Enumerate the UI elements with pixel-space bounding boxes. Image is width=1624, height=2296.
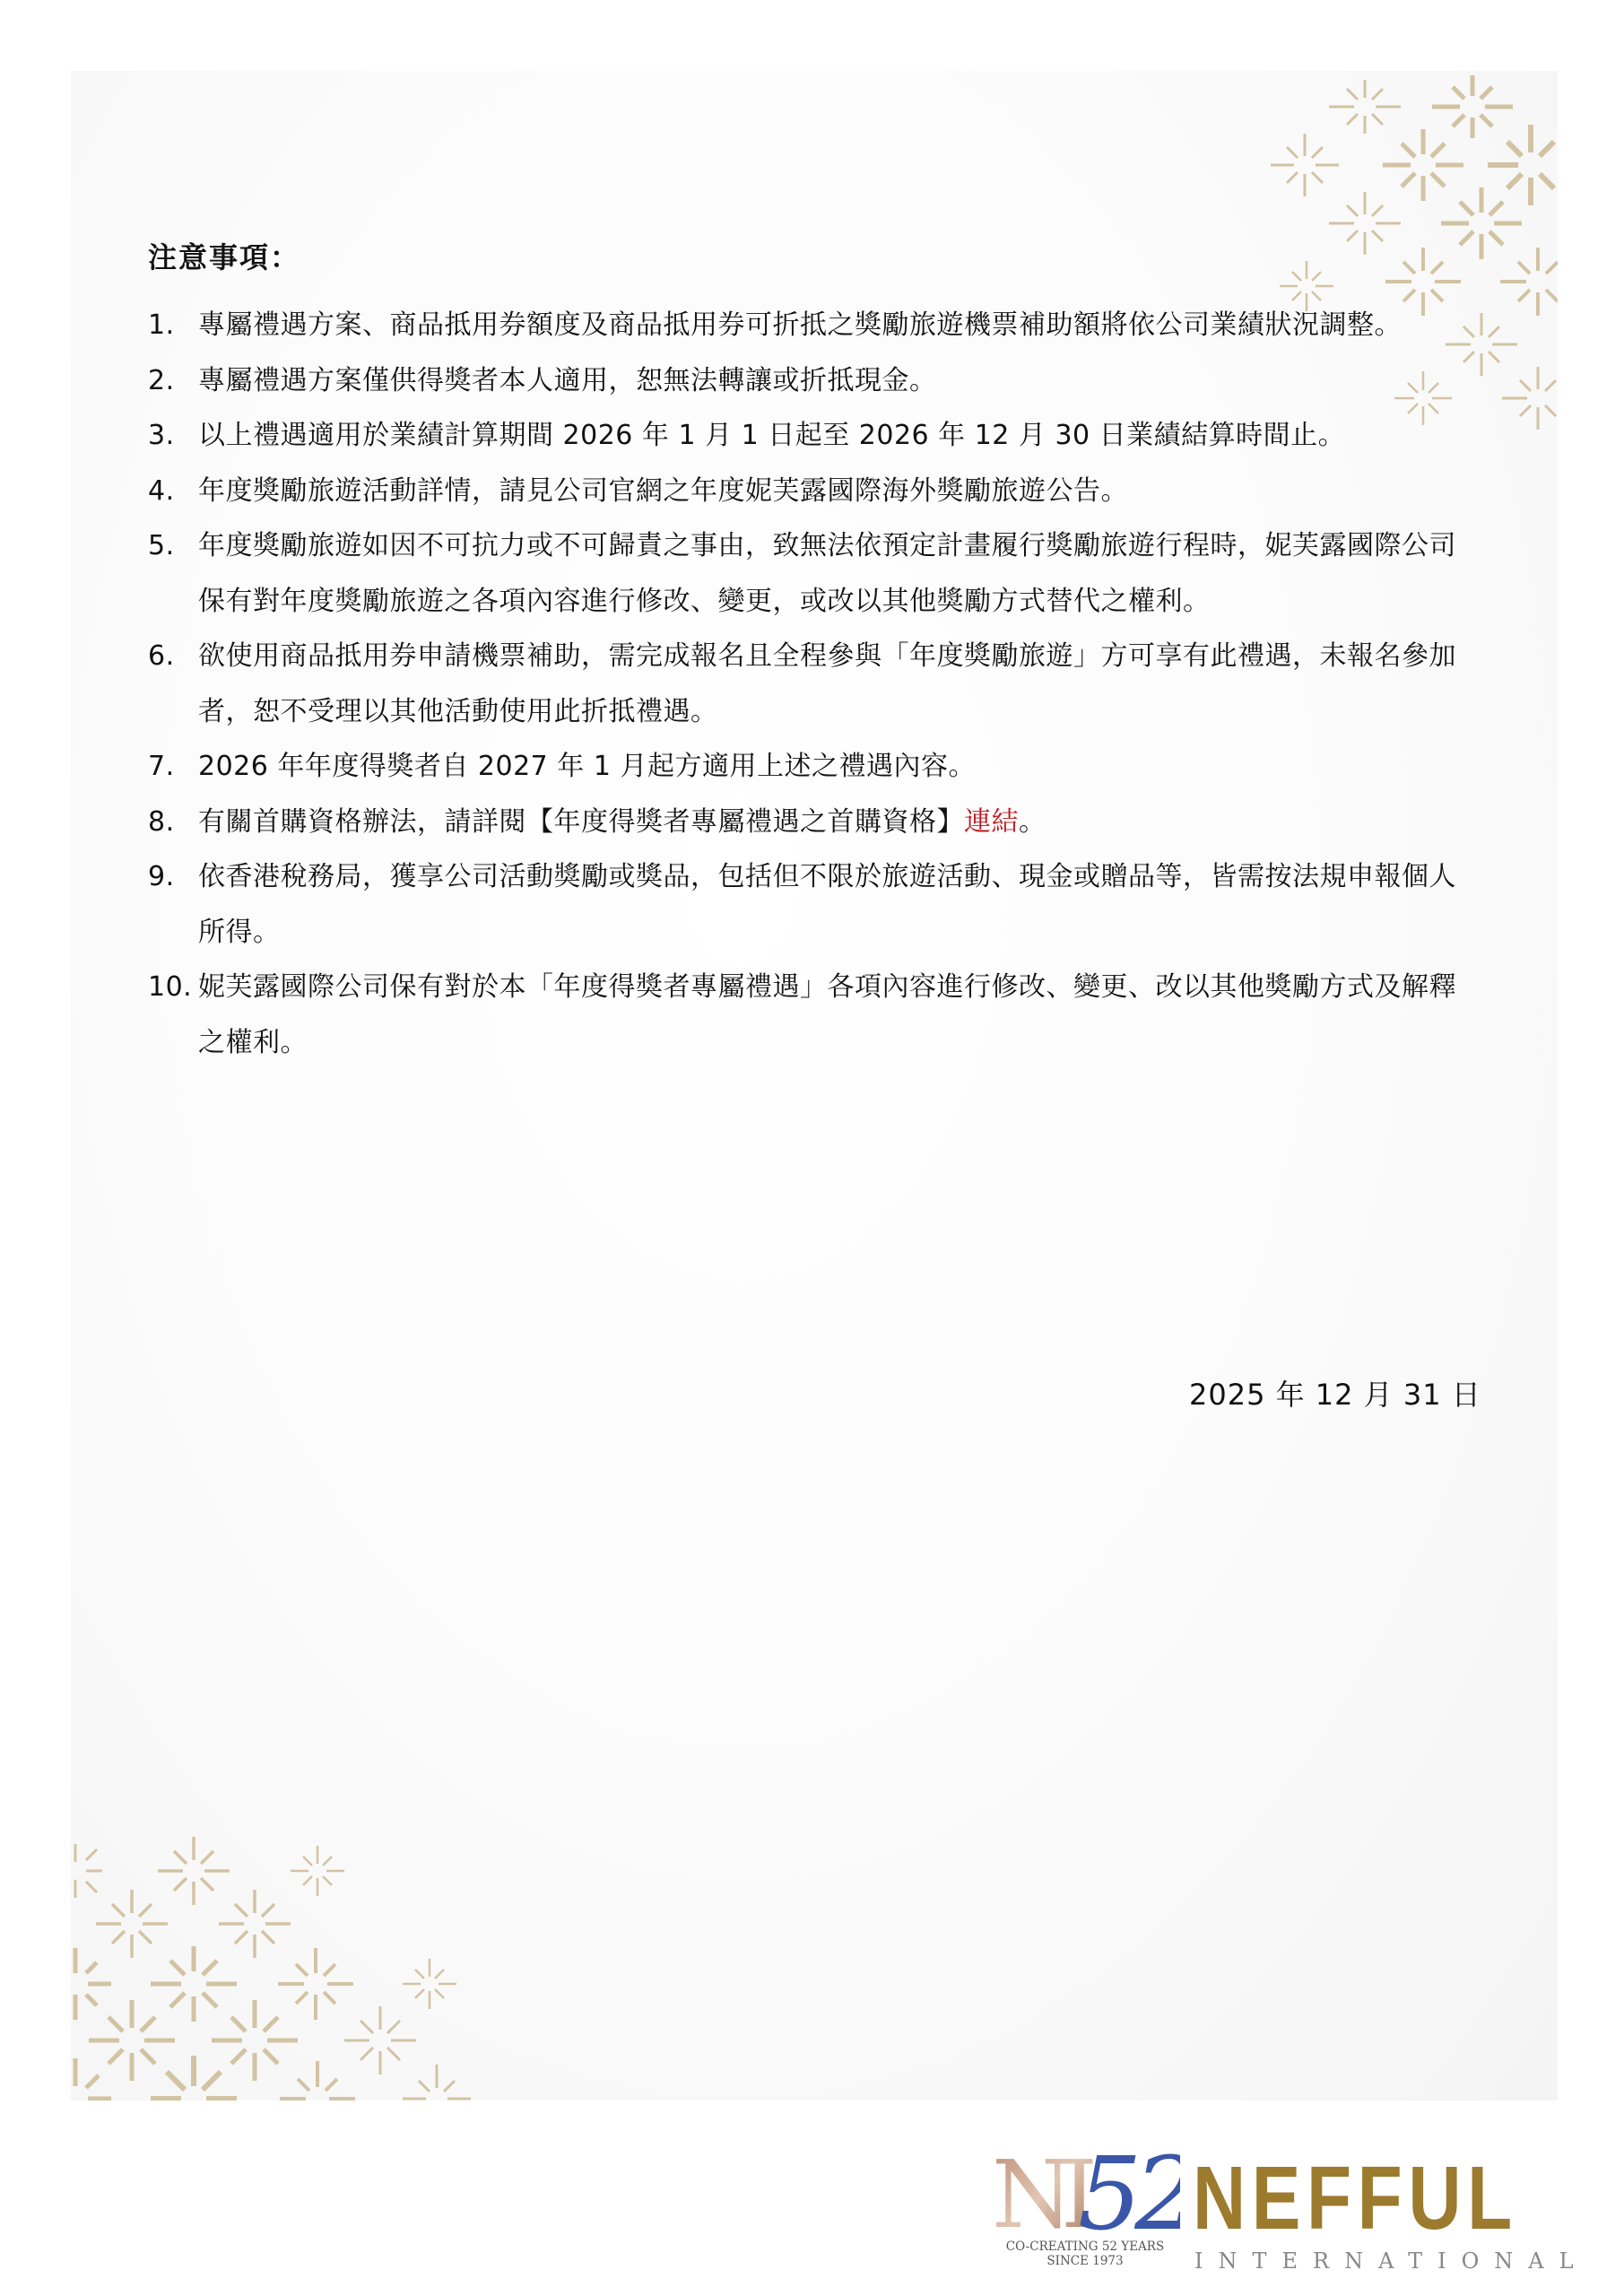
- list-item: 3.以上禮遇適用於業績計算期間 2026 年 1 月 1 日起至 2026 年 …: [148, 408, 1475, 464]
- list-item: 9.依香港稅務局，獲享公司活動獎勵或獎品，包括但不限於旅遊活動、現金或贈品等，皆…: [148, 849, 1475, 960]
- notice-heading: 注意事項：: [148, 235, 1475, 280]
- item-number: 9.: [148, 849, 175, 905]
- item-number: 1.: [148, 298, 175, 353]
- item-number: 2.: [148, 353, 175, 409]
- item-text: 2026 年年度得獎者自 2027 年 1 月起方適用上述之禮遇內容。: [198, 751, 976, 782]
- item-text: 妮芙露國際公司保有對於本「年度得獎者專屬禮遇」各項內容進行修改、變更、改以其他獎…: [198, 971, 1456, 1058]
- item-number: 6.: [148, 629, 175, 684]
- list-item: 5.年度獎勵旅遊如因不可抗力或不可歸責之事由，致無法依預定計畫履行獎勵旅遊行程時…: [148, 518, 1475, 629]
- item-number: 3.: [148, 408, 175, 464]
- first-purchase-link[interactable]: 連結: [964, 806, 1019, 838]
- item-text: 年度獎勵旅遊如因不可抗力或不可歸責之事由，致無法依預定計畫履行獎勵旅遊行程時，妮…: [198, 530, 1456, 617]
- list-item: 7.2026 年年度得獎者自 2027 年 1 月起方適用上述之禮遇內容。: [148, 739, 1475, 795]
- list-item: 1.專屬禮遇方案、商品抵用券額度及商品抵用券可折抵之獎勵旅遊機票補助額將依公司業…: [148, 298, 1475, 353]
- sparkle-pattern-bottom-left: [71, 1830, 483, 2100]
- item-text: 專屬禮遇方案、商品抵用券額度及商品抵用券可折抵之獎勵旅遊機票補助額將依公司業績狀…: [198, 309, 1402, 341]
- item-number: 4.: [148, 464, 175, 519]
- item-suffix: 。: [1019, 806, 1046, 838]
- item-number: 10.: [148, 960, 192, 1015]
- document-date: 2025 年 12 月 31 日: [1189, 1372, 1481, 1413]
- n52-tagline: CO-CREATING 52 YEARS SINCE 1973: [986, 2239, 1184, 2268]
- notice-list: 1.專屬禮遇方案、商品抵用券額度及商品抵用券可折抵之獎勵旅遊機票補助額將依公司業…: [148, 298, 1475, 1070]
- item-text: 專屬禮遇方案僅供得獎者本人適用，恕無法轉讓或折抵現金。: [198, 365, 937, 396]
- brand-subtitle: INTERNATIONAL: [1194, 2248, 1589, 2274]
- list-item: 2.專屬禮遇方案僅供得獎者本人適用，恕無法轉讓或折抵現金。: [148, 353, 1475, 409]
- item-text: 有關首購資格辦法，請詳閱【年度得獎者專屬禮遇之首購資格】: [198, 806, 964, 838]
- item-text: 以上禮遇適用於業績計算期間 2026 年 1 月 1 日起至 2026 年 12…: [198, 420, 1345, 451]
- list-item: 6.欲使用商品抵用券申請機票補助，需完成報名且全程參與「年度獎勵旅遊」方可享有此…: [148, 629, 1475, 739]
- item-text: 依香港稅務局，獲享公司活動獎勵或獎品，包括但不限於旅遊活動、現金或贈品等，皆需按…: [198, 861, 1456, 948]
- list-item: 8.有關首購資格辦法，請詳閱【年度得獎者專屬禮遇之首購資格】連結。: [148, 795, 1475, 850]
- item-number: 7.: [148, 739, 175, 795]
- item-number: 8.: [148, 795, 175, 850]
- company-logo: NI 52 CO-CREATING 52 YEARS SINCE 1973 NE…: [986, 2148, 1560, 2283]
- list-item: 10.妮芙露國際公司保有對於本「年度得獎者專屬禮遇」各項內容進行修改、變更、改以…: [148, 960, 1475, 1070]
- n52-anniversary-logo-icon: NI 52: [992, 2148, 1180, 2238]
- item-text: 欲使用商品抵用券申請機票補助，需完成報名且全程參與「年度獎勵旅遊」方可享有此禮遇…: [198, 640, 1456, 727]
- notice-section: 注意事項： 1.專屬禮遇方案、商品抵用券額度及商品抵用券可折抵之獎勵旅遊機票補助…: [148, 235, 1475, 1070]
- item-number: 5.: [148, 518, 175, 574]
- brand-name: NEFFUL: [1193, 2153, 1518, 2243]
- list-item: 4.年度獎勵旅遊活動詳情，請見公司官網之年度妮芙露國際海外獎勵旅遊公告。: [148, 464, 1475, 519]
- item-text: 年度獎勵旅遊活動詳情，請見公司官網之年度妮芙露國際海外獎勵旅遊公告。: [198, 475, 1128, 507]
- svg-text:52: 52: [1078, 2148, 1180, 2238]
